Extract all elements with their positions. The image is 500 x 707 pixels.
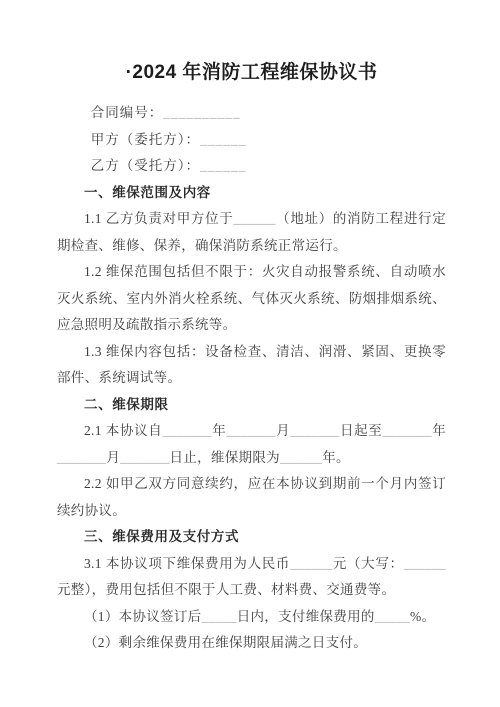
clause-2-2: 2.2 如甲乙双方同意续约，应在本协议到期前一个月内签订续约协议。 — [57, 471, 446, 524]
party-b-field: 乙方（受托方）：______ — [57, 153, 446, 180]
clause-2-1: 2.1 本协议自_______年_______月_______日起至______… — [57, 418, 446, 471]
blank-line: ______ — [280, 450, 322, 465]
blank-line: ______ — [404, 556, 446, 571]
blank-line: ______ — [200, 132, 247, 147]
payment-item-1: （1）本协议签订后_____日内，支付维保费用的_____%。 — [57, 604, 446, 631]
blank-line: _______ — [382, 423, 431, 438]
contract-number-field: 合同编号：__________ — [57, 100, 446, 127]
blank-line: _______ — [162, 423, 211, 438]
clause-1-3: 1.3 维保内容包括：设备检查、清洁、润滑、紧固、更换零部件、系统调试等。 — [57, 339, 446, 392]
blank-line: _______ — [57, 450, 106, 465]
document-title: ·2024 年消防工程维保协议书 — [57, 0, 446, 86]
party-a-field: 甲方（委托方）：______ — [57, 127, 446, 154]
clause-1-1: 1.1 乙方负责对甲方位于______（地址）的消防工程进行定期检查、维修、保养… — [57, 206, 446, 259]
contract-document-page: ·2024 年消防工程维保协议书 合同编号：__________ 甲方（委托方）… — [0, 0, 500, 707]
section-2-heading: 二、维保期限 — [57, 392, 446, 419]
blank-line: _____ — [375, 609, 410, 624]
clause-1-2: 1.2 维保范围包括但不限于：火灾自动报警系统、自动喷水灭火系统、室内外消火栓系… — [57, 259, 446, 339]
blank-line: __________ — [163, 105, 241, 120]
blank-line: ______ — [200, 158, 247, 173]
payment-item-2: （2）剩余维保费用在维保期限届满之日支付。 — [57, 630, 446, 657]
section-1-heading: 一、维保范围及内容 — [57, 180, 446, 207]
blank-line: _______ — [226, 423, 275, 438]
blank-line: _______ — [290, 423, 339, 438]
clause-3-1: 3.1 本协议项下维保费用为人民币______元（大写：______元整），费用… — [57, 551, 446, 604]
blank-line: _______ — [120, 450, 169, 465]
section-3-heading: 三、维保费用及支付方式 — [57, 524, 446, 551]
blank-line: ______ — [233, 211, 275, 226]
blank-line: _____ — [201, 609, 236, 624]
blank-line: ______ — [290, 556, 332, 571]
